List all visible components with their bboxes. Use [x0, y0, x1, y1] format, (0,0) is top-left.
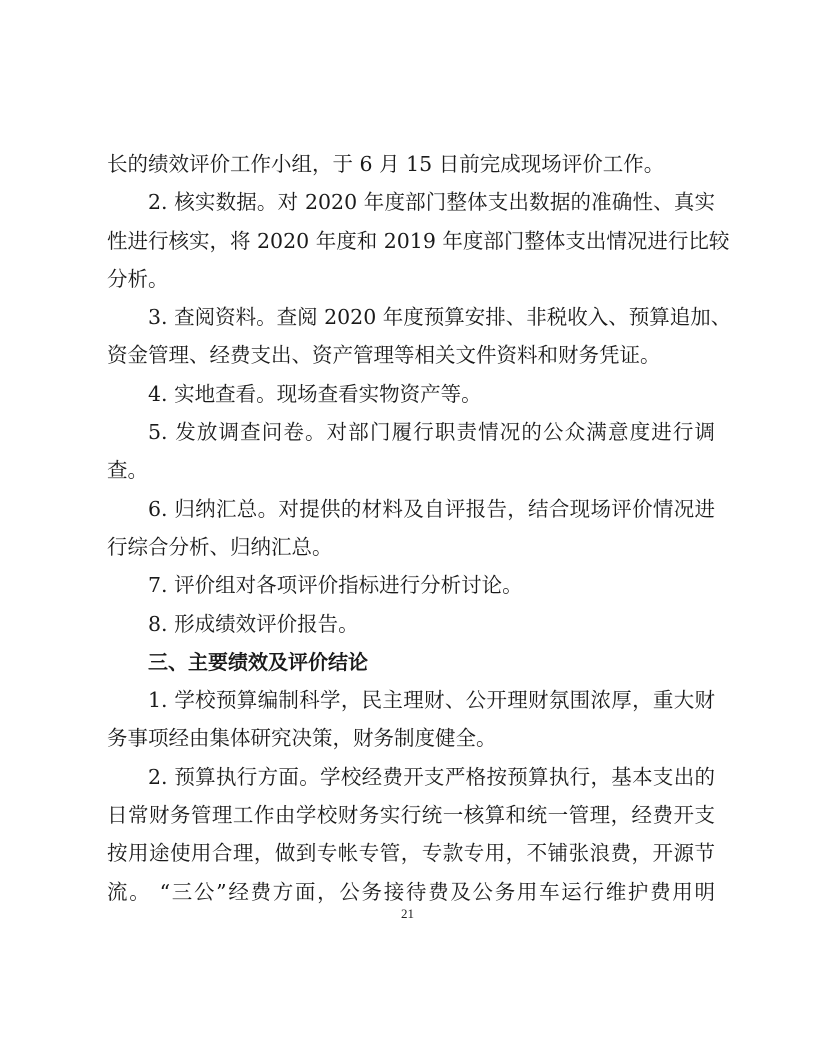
- text-line-10: 6. 归纳汇总。对提供的材料及自评报告，结合现场评价情况进: [107, 490, 715, 528]
- text-line-18: 日常财务管理工作由学校财务实行统一核算和统一管理，经费开支: [107, 796, 715, 834]
- text-line-9: 查。: [107, 451, 715, 489]
- text-line-19: 按用途使用合理，做到专帐专管，专款专用，不铺张浪费，开源节: [107, 834, 715, 872]
- text-line-6: 资金管理、经费支出、资产管理等相关文件资料和财务凭证。: [107, 336, 715, 374]
- text-line-13: 8. 形成绩效评价报告。: [107, 605, 715, 643]
- text-line-11: 行综合分析、归纳汇总。: [107, 528, 715, 566]
- text-line-5: 3. 查阅资料。查阅 2020 年度预算安排、非税收入、预算追加、: [107, 298, 715, 336]
- document-body: 长的绩效评价工作小组，于 6 月 15 日前完成现场评价工作。 2. 核实数据。…: [107, 145, 715, 911]
- page-number: 21: [0, 906, 815, 922]
- text-line-4: 分析。: [107, 260, 715, 298]
- text-line-1: 长的绩效评价工作小组，于 6 月 15 日前完成现场评价工作。: [107, 145, 715, 183]
- text-line-12: 7. 评价组对各项评价指标进行分析讨论。: [107, 566, 715, 604]
- text-line-2: 2. 核实数据。对 2020 年度部门整体支出数据的准确性、真实: [107, 183, 715, 221]
- text-line-3: 性进行核实，将 2020 年度和 2019 年度部门整体支出情况进行比较: [107, 222, 715, 260]
- text-line-7: 4. 实地查看。现场查看实物资产等。: [107, 375, 715, 413]
- text-line-8: 5. 发放调查问卷。对部门履行职责情况的公众满意度进行调: [107, 413, 715, 451]
- text-line-15: 1. 学校预算编制科学，民主理财、公开理财氛围浓厚，重大财: [107, 681, 715, 719]
- text-line-16: 务事项经由集体研究决策，财务制度健全。: [107, 719, 715, 757]
- text-line-17: 2. 预算执行方面。学校经费开支严格按预算执行，基本支出的: [107, 758, 715, 796]
- section-heading: 三、主要绩效及评价结论: [107, 643, 715, 681]
